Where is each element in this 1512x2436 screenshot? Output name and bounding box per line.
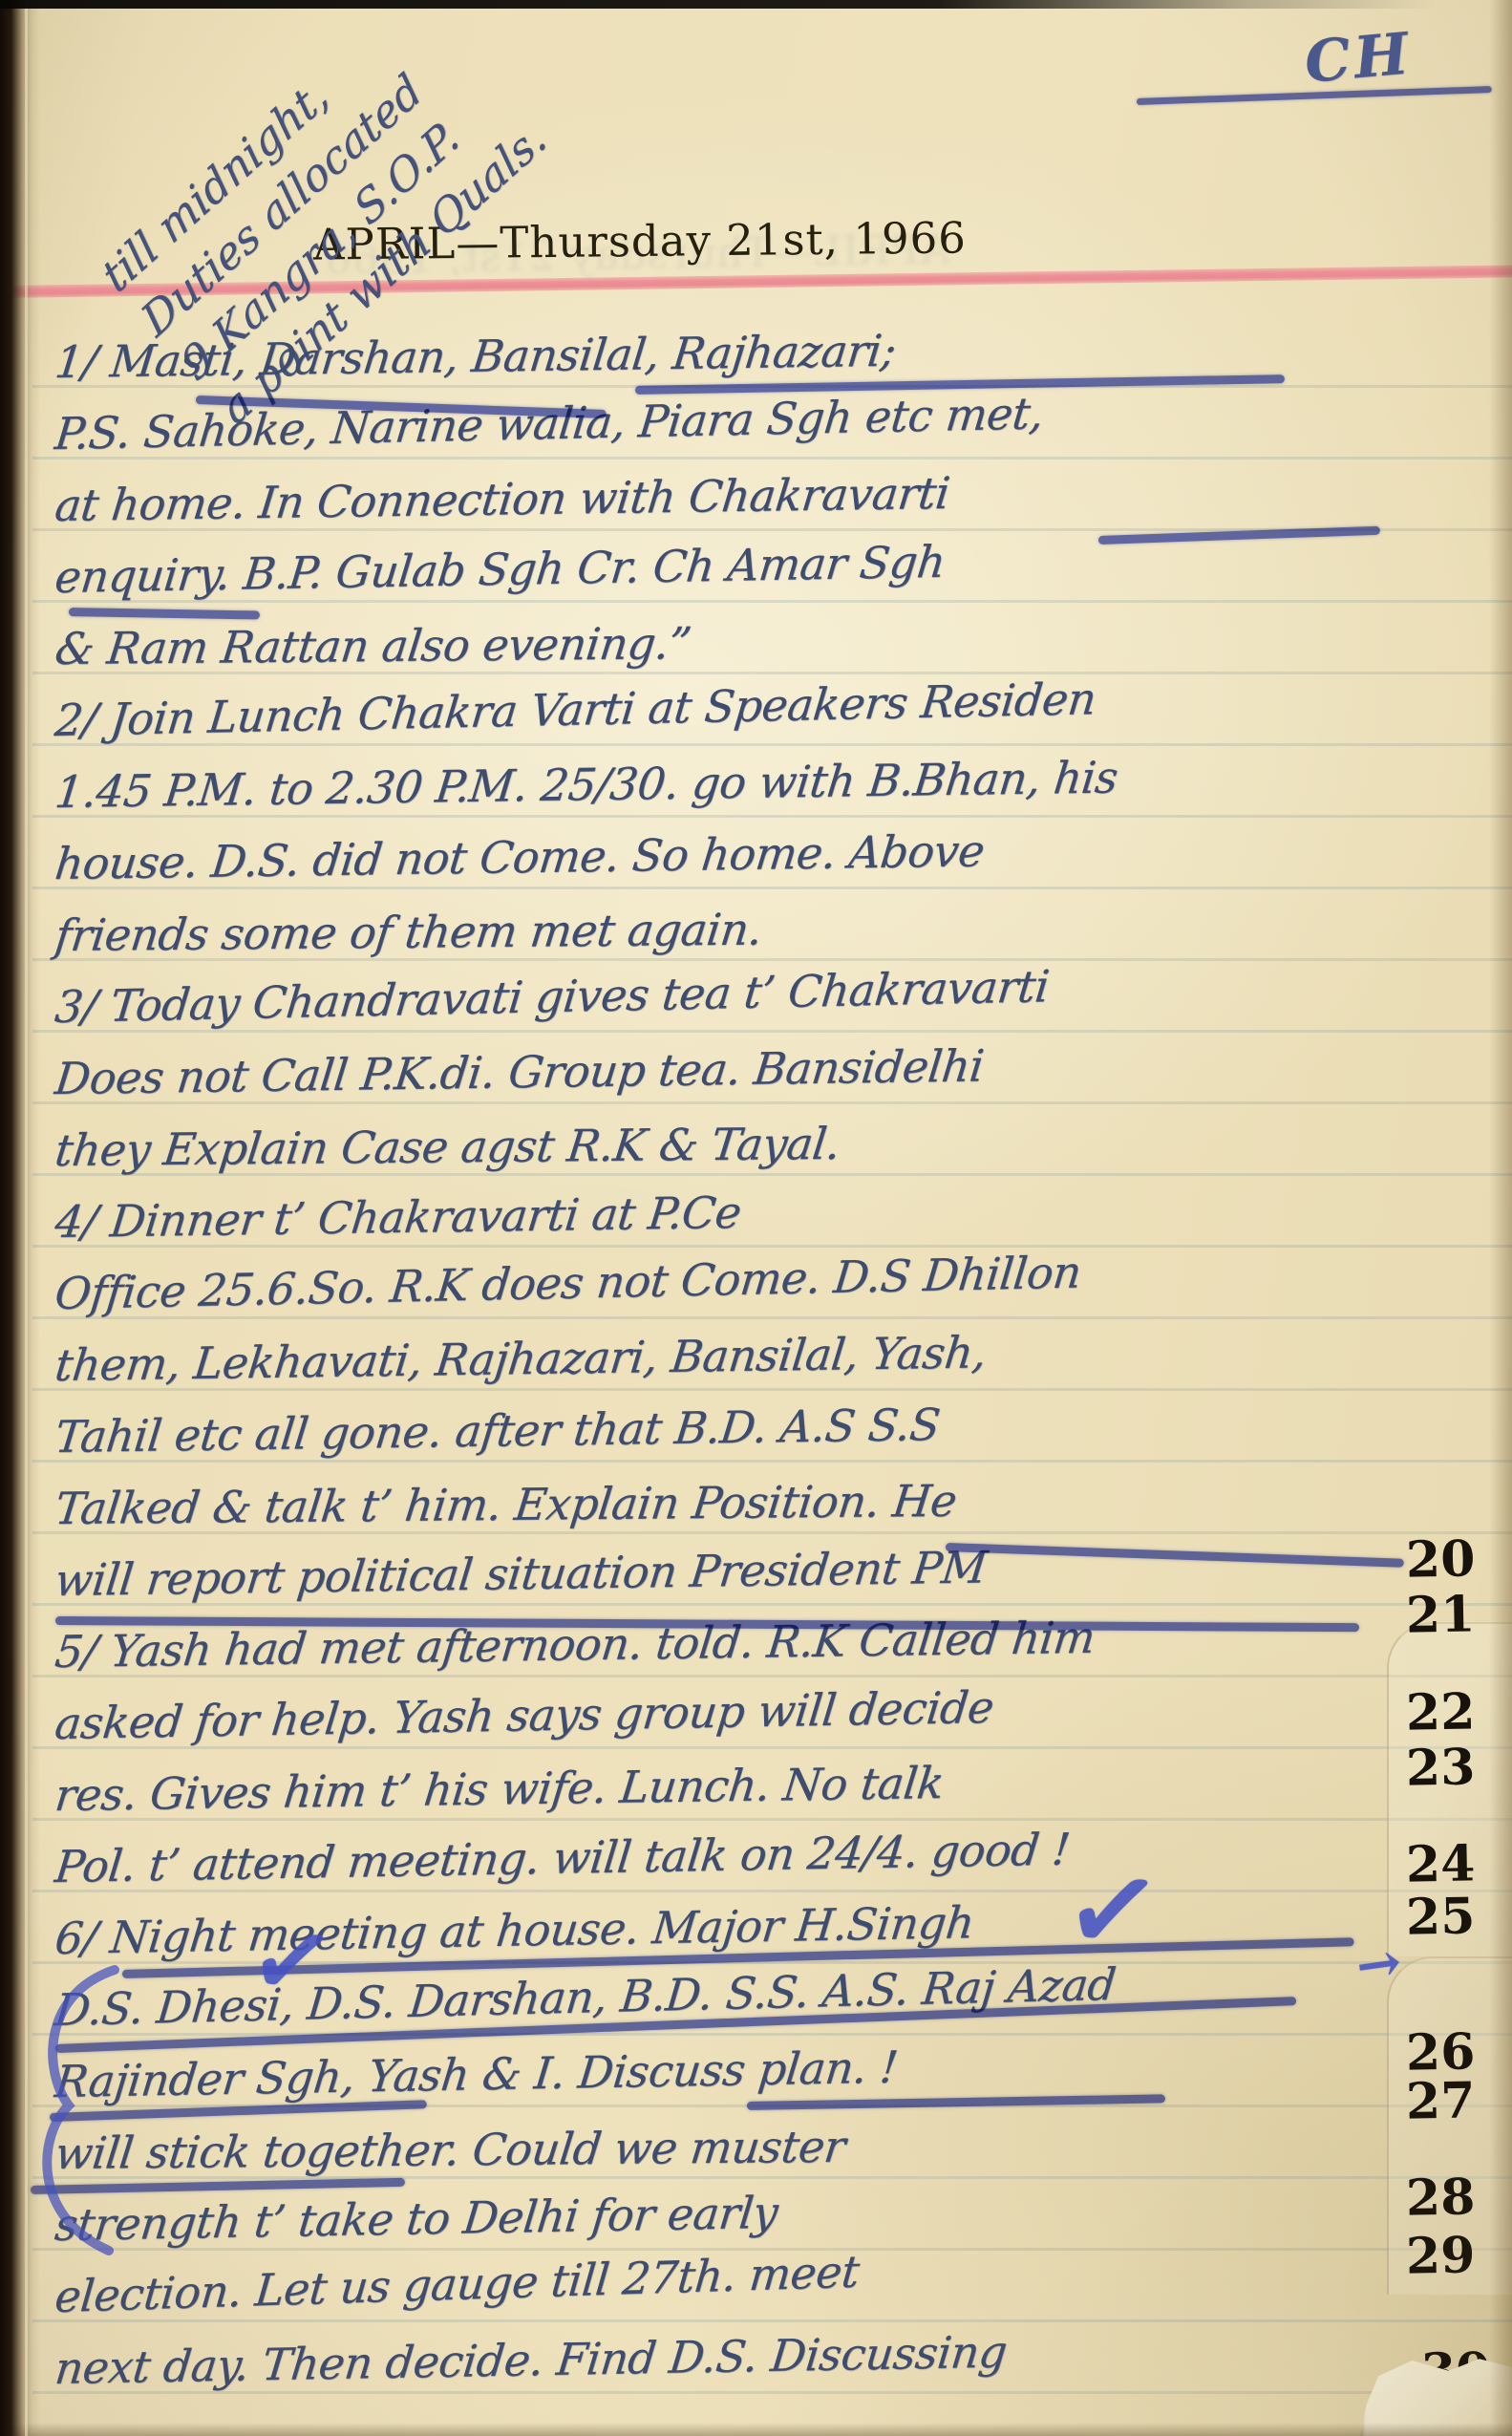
- binding-edge: [0, 0, 40, 2436]
- margin-day-number: 23: [1405, 1738, 1475, 1797]
- diary-page-scan: APRIL—Thursday 21st, 1966 APRIL—Thursday…: [0, 0, 1512, 2436]
- page-bottom-edge: [0, 2423, 1512, 2436]
- margin-day-number: 25: [1405, 1887, 1475, 1946]
- diary-line-text: Tahil etc all gone. after that B.D. A.S …: [53, 1399, 943, 1463]
- diary-line-text: friends some of them met again.: [53, 904, 765, 962]
- diary-line-text: they Explain Case agst R.K & Tayal.: [53, 1118, 842, 1176]
- margin-day-number: 27: [1405, 2071, 1475, 2130]
- margin-day-number: 28: [1405, 2168, 1475, 2227]
- diary-line-text: & Ram Rattan also evening.”: [53, 617, 693, 674]
- page-right-edge: [1489, 0, 1512, 2436]
- scan-top-edge: [0, 0, 1512, 9]
- margin-day-number: 20: [1405, 1529, 1475, 1589]
- margin-day-number: 24: [1405, 1834, 1475, 1893]
- check-mark: →: [1352, 1934, 1404, 1994]
- diary-line-text: 4/ Dinner t’ Chakravarti at P.Ce: [53, 1186, 744, 1248]
- margin-day-number: 29: [1405, 2226, 1475, 2285]
- diary-line-text: Talked & talk t’ him. Explain Position. …: [53, 1475, 959, 1534]
- diary-line-text: will stick together. Could we muster: [53, 2121, 848, 2179]
- monogram-ch: CH: [1302, 20, 1415, 96]
- margin-day-number: 21: [1405, 1585, 1475, 1644]
- diary-line-text: 1/ Masti, Darshan, Bansilal, Rajhazari;: [53, 325, 899, 388]
- check-mark: ✓: [1057, 1848, 1168, 1975]
- check-mark: ✓: [243, 1904, 343, 2018]
- margin-day-number: 22: [1405, 1682, 1475, 1742]
